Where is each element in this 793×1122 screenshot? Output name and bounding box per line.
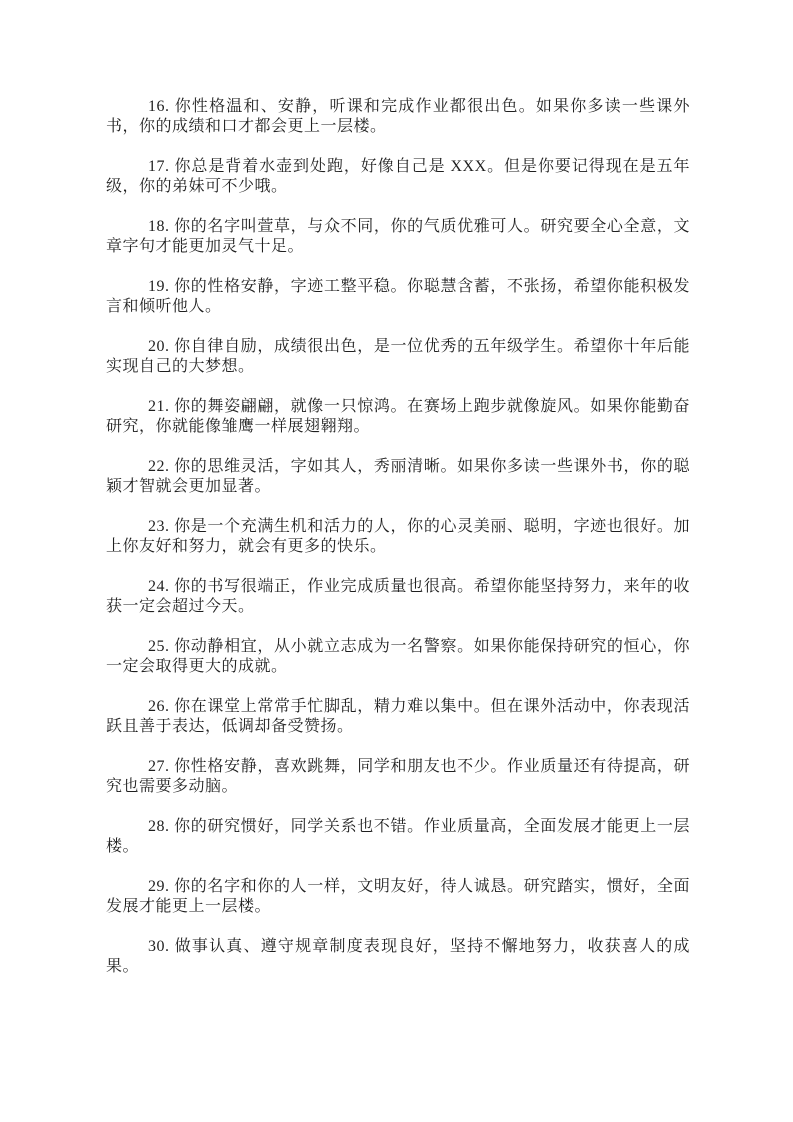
comment-paragraph-18: 18. 你的名字叫萱草，与众不同，你的气质优雅可人。研究要全心全意，文章字句才能… xyxy=(106,217,690,257)
comment-list: 16. 你性格温和、安静，听课和完成作业都很出色。如果你多读一些课外书，你的成绩… xyxy=(0,0,793,977)
comment-paragraph-24: 24. 你的书写很端正，作业完成质量也很高。希望你能坚持努力，来年的收获一定会超… xyxy=(106,577,690,617)
comment-paragraph-21: 21. 你的舞姿翩翩，就像一只惊鸿。在赛场上跑步就像旋风。如果你能勤奋研究，你就… xyxy=(106,397,690,437)
comment-paragraph-16: 16. 你性格温和、安静，听课和完成作业都很出色。如果你多读一些课外书，你的成绩… xyxy=(106,97,690,137)
comment-paragraph-19: 19. 你的性格安静，字迹工整平稳。你聪慧含蓄，不张扬，希望你能积极发言和倾听他… xyxy=(106,277,690,317)
comment-paragraph-27: 27. 你性格安静，喜欢跳舞，同学和朋友也不少。作业质量还有待提高，研究也需要多… xyxy=(106,757,690,797)
comment-paragraph-23: 23. 你是一个充满生机和活力的人，你的心灵美丽、聪明，字迹也很好。加上你友好和… xyxy=(106,517,690,557)
comment-paragraph-26: 26. 你在课堂上常常手忙脚乱，精力难以集中。但在课外活动中，你表现活跃且善于表… xyxy=(106,697,690,737)
comment-paragraph-30: 30. 做事认真、遵守规章制度表现良好，坚持不懈地努力，收获喜人的成果。 xyxy=(106,937,690,977)
document-page: 16. 你性格温和、安静，听课和完成作业都很出色。如果你多读一些课外书，你的成绩… xyxy=(0,0,793,1122)
comment-paragraph-25: 25. 你动静相宜，从小就立志成为一名警察。如果你能保持研究的恒心，你一定会取得… xyxy=(106,637,690,677)
comment-paragraph-17: 17. 你总是背着水壶到处跑，好像自己是 XXX。但是你要记得现在是五年级，你的… xyxy=(106,157,690,197)
comment-paragraph-22: 22. 你的思维灵活，字如其人，秀丽清晰。如果你多读一些课外书，你的聪颖才智就会… xyxy=(106,457,690,497)
comment-paragraph-29: 29. 你的名字和你的人一样，文明友好，待人诚恳。研究踏实，惯好，全面发展才能更… xyxy=(106,877,690,917)
comment-paragraph-28: 28. 你的研究惯好，同学关系也不错。作业质量高，全面发展才能更上一层楼。 xyxy=(106,817,690,857)
comment-paragraph-20: 20. 你自律自励，成绩很出色，是一位优秀的五年级学生。希望你十年后能实现自己的… xyxy=(106,337,690,377)
